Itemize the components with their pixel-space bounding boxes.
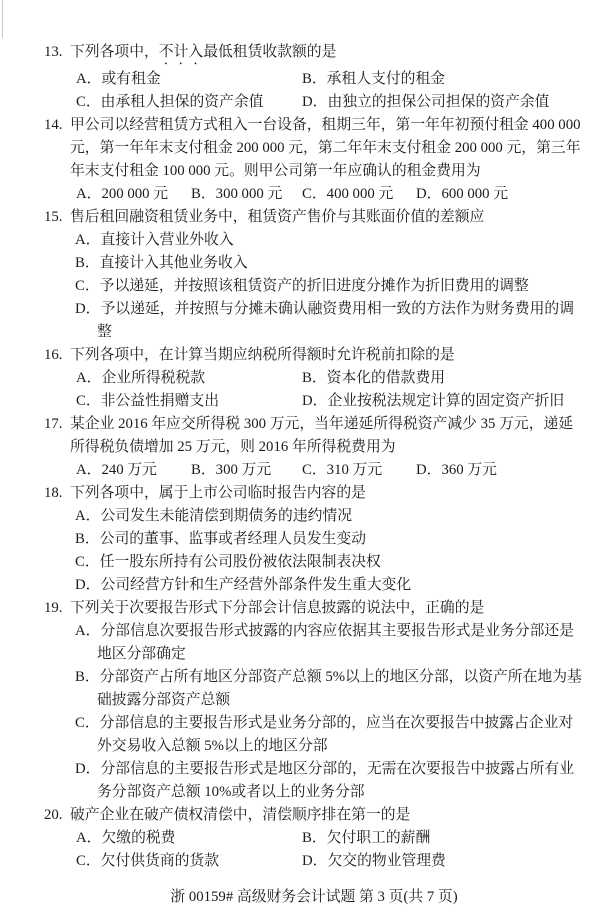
option-b: B．直接计入其他业务收入: [75, 252, 584, 275]
question-stem: 甲公司以经营租赁方式租入一台设备，租期三年，第一年年初预付租金 400 000 …: [70, 114, 584, 183]
question-20: 20. 破产企业在破产债权清偿中，清偿顺序排在第一的是 A．欠缴的税费 B．欠付…: [44, 804, 584, 873]
scan-edge-artifact: [2, 0, 3, 38]
question-body: 售后租回融资租赁业务中，租赁资产售价与其账面价值的差额应 A．直接计入营业外收入…: [70, 206, 584, 344]
option-b: B．公司的董事、监事或者经理人员发生变动: [75, 528, 584, 551]
option-d: D．予以递延，并按照与分摊未确认融资费用相一致的方法作为财务费用的调整: [75, 298, 584, 344]
option-d: D．公司经营方针和生产经营外部条件发生重大变化: [75, 574, 584, 597]
options-grid: A．欠缴的税费 B．欠付职工的薪酬 C．欠付供货商的货款 D．欠交的物业管理费: [76, 827, 584, 873]
option-c: C．欠付供货商的货款: [76, 850, 302, 873]
question-number: 17.: [44, 413, 70, 436]
option-b: B．300 万元: [191, 459, 302, 482]
options-grid: A．或有租金 B．承租人支付的租金 C．由承租人担保的资产余值 D．由独立的担保…: [76, 68, 584, 114]
question-body: 下列关于次要报告形式下分部会计信息披露的说法中，正确的是 A．分部信息次要报告形…: [70, 597, 584, 804]
option-b: B．欠付职工的薪酬: [302, 827, 584, 850]
question-stem: 售后租回融资租赁业务中，租赁资产售价与其账面价值的差额应: [70, 206, 584, 229]
option-d: D．360 万元: [416, 459, 584, 482]
option-c: C．310 万元: [302, 459, 416, 482]
question-stem: 下列各项中，不计入最低租赁收款额的是: [70, 41, 584, 68]
option-d: D．由独立的担保公司担保的资产余值: [302, 91, 584, 114]
option-a: A．欠缴的税费: [76, 827, 302, 850]
stem-emphasized-text: 不计入: [159, 44, 203, 60]
question-stem: 下列各项中，在计算当期应纳税所得额时允许税前扣除的是: [70, 344, 584, 367]
option-d: D．分部信息的主要报告形式是地区分部的，无需在次要报告中披露占所有业务分部资产总…: [75, 758, 584, 804]
option-c: C．400 000 元: [302, 183, 416, 206]
options-row: A．240 万元 B．300 万元 C．310 万元 D．360 万元: [76, 459, 584, 482]
options-row: A．200 000 元 B．300 000 元 C．400 000 元 D．60…: [76, 183, 584, 206]
question-14: 14. 甲公司以经营租赁方式租入一台设备，租期三年，第一年年初预付租金 400 …: [44, 114, 584, 206]
question-body: 破产企业在破产债权清偿中，清偿顺序排在第一的是 A．欠缴的税费 B．欠付职工的薪…: [70, 804, 584, 873]
question-body: 下列各项中，在计算当期应纳税所得额时允许税前扣除的是 A．企业所得税税款 B．资…: [70, 344, 584, 413]
question-18: 18. 下列各项中，属于上市公司临时报告内容的是 A．公司发生未能清偿到期债务的…: [44, 482, 584, 597]
option-d: D．欠交的物业管理费: [302, 850, 584, 873]
question-number: 18.: [44, 482, 70, 505]
option-a: A．分部信息次要报告形式披露的内容应依据其主要报告形式是业务分部还是地区分部确定: [75, 620, 584, 666]
option-a: A．240 万元: [76, 459, 191, 482]
options-list: A．直接计入营业外收入 B．直接计入其他业务收入 C．予以递延，并按照该租赁资产…: [70, 229, 584, 344]
question-number: 15.: [44, 206, 70, 229]
question-19: 19. 下列关于次要报告形式下分部会计信息披露的说法中，正确的是 A．分部信息次…: [44, 597, 584, 804]
question-number: 20.: [44, 804, 70, 827]
option-a: A．200 000 元: [76, 183, 191, 206]
stem-text: 最低租赁收款额的是: [203, 44, 336, 60]
question-number: 16.: [44, 344, 70, 367]
option-a: A．直接计入营业外收入: [75, 229, 584, 252]
question-body: 下列各项中，不计入最低租赁收款额的是 A．或有租金 B．承租人支付的租金 C．由…: [70, 41, 584, 114]
question-17: 17. 某企业 2016 年应交所得税 300 万元，当年递延所得税资产减少 3…: [44, 413, 584, 482]
question-number: 14.: [44, 114, 70, 137]
question-body: 甲公司以经营租赁方式租入一台设备，租期三年，第一年年初预付租金 400 000 …: [70, 114, 584, 206]
question-15: 15. 售后租回融资租赁业务中，租赁资产售价与其账面价值的差额应 A．直接计入营…: [44, 206, 584, 344]
options-list: A．分部信息次要报告形式披露的内容应依据其主要报告形式是业务分部还是地区分部确定…: [70, 620, 584, 804]
option-b: B．承租人支付的租金: [302, 68, 584, 91]
option-c: C．分部信息的主要报告形式是业务分部的，应当在次要报告中披露占企业对外交易收入总…: [75, 712, 584, 758]
question-stem: 下列关于次要报告形式下分部会计信息披露的说法中，正确的是: [70, 597, 584, 620]
option-b: B．300 000 元: [191, 183, 302, 206]
option-b: B．资本化的借款费用: [302, 367, 584, 390]
question-16: 16. 下列各项中，在计算当期应纳税所得额时允许税前扣除的是 A．企业所得税税款…: [44, 344, 584, 413]
question-body: 某企业 2016 年应交所得税 300 万元，当年递延所得税资产减少 35 万元…: [70, 413, 584, 482]
question-13: 13. 下列各项中，不计入最低租赁收款额的是 A．或有租金 B．承租人支付的租金…: [44, 41, 584, 114]
option-b: B．分部资产占所有地区分部资产总额 5%以上的地区分部，以资产所在地为基础披露分…: [75, 666, 584, 712]
question-stem: 破产企业在破产债权清偿中，清偿顺序排在第一的是: [70, 804, 584, 827]
option-d: D．600 000 元: [416, 183, 584, 206]
question-stem: 下列各项中，属于上市公司临时报告内容的是: [70, 482, 584, 505]
option-c: C．任一股东所持有公司股份被依法限制表决权: [75, 551, 584, 574]
question-body: 下列各项中，属于上市公司临时报告内容的是 A．公司发生未能清偿到期债务的违约情况…: [70, 482, 584, 597]
page-footer: 浙 00159# 高级财务会计试题 第 3 页(共 7 页): [44, 886, 584, 909]
stem-text: 下列各项中，: [70, 44, 159, 60]
options-grid: A．企业所得税税款 B．资本化的借款费用 C．非公益性捐赠支出 D．企业按税法规…: [76, 367, 584, 413]
question-number: 19.: [44, 597, 70, 620]
option-a: A．公司发生未能清偿到期债务的违约情况: [75, 505, 584, 528]
exam-page: 13. 下列各项中，不计入最低租赁收款额的是 A．或有租金 B．承租人支付的租金…: [0, 0, 614, 921]
option-c: C．由承租人担保的资产余值: [76, 91, 302, 114]
options-list: A．公司发生未能清偿到期债务的违约情况 B．公司的董事、监事或者经理人员发生变动…: [70, 505, 584, 597]
option-a: A．或有租金: [76, 68, 302, 91]
option-a: A．企业所得税税款: [76, 367, 302, 390]
question-number: 13.: [44, 41, 70, 64]
question-stem: 某企业 2016 年应交所得税 300 万元，当年递延所得税资产减少 35 万元…: [70, 413, 584, 459]
option-d: D．企业按税法规定计算的固定资产折旧: [302, 390, 584, 413]
option-c: C．非公益性捐赠支出: [76, 390, 302, 413]
option-c: C．予以递延，并按照该租赁资产的折旧进度分摊作为折旧费用的调整: [75, 275, 584, 298]
